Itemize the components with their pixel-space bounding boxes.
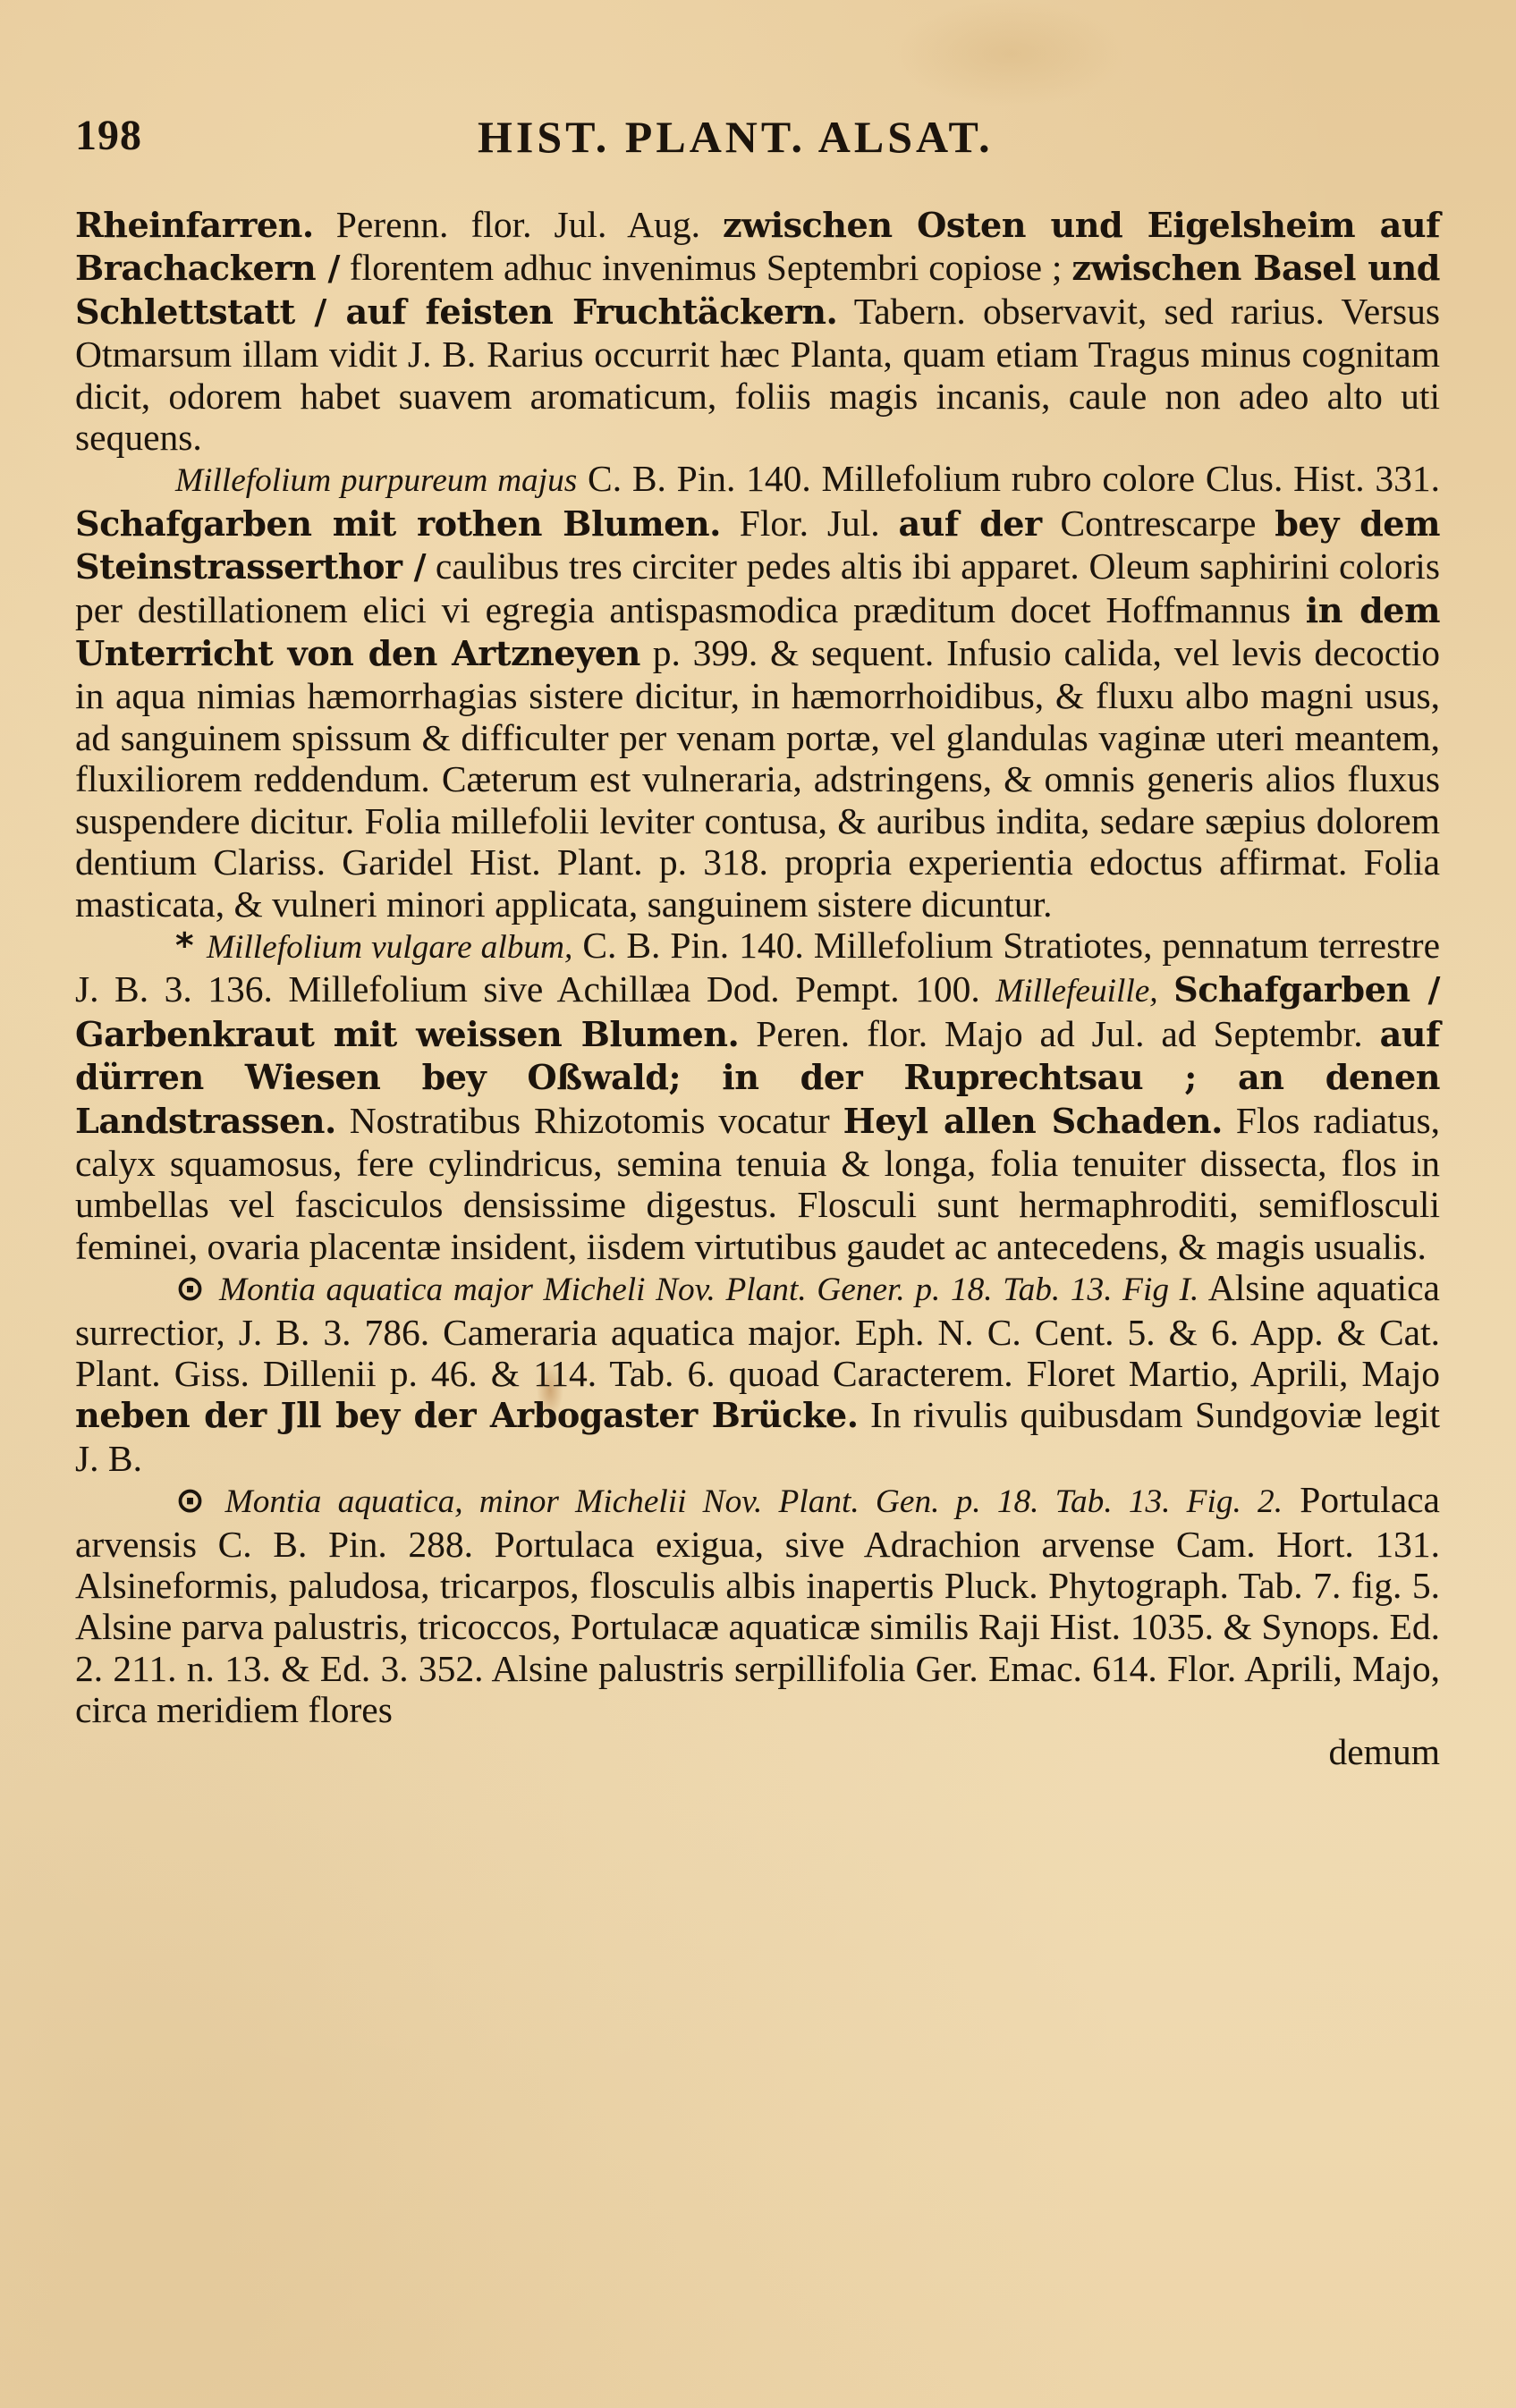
fraktur-text: neben der Jll bey der Arbogaster Brücke. <box>75 1396 859 1436</box>
paragraph-rheinfarren: Rheinfarren. Perenn. flor. Jul. Aug. zwi… <box>75 204 1440 458</box>
french-name: Millefeuille, <box>995 973 1157 1010</box>
catchword: demum <box>75 1731 1440 1772</box>
page-number: 198 <box>75 111 142 160</box>
fraktur-text: auf der <box>898 504 1041 545</box>
running-head: 198 HIST. PLANT. ALSAT. <box>75 107 1440 179</box>
annual-symbol-icon: ⊙ <box>175 1268 219 1309</box>
species-name: Millefolium vulgare album, <box>207 929 572 966</box>
latin-text: Peren. flor. Majo ad Jul. ad Septembr. <box>739 1013 1379 1054</box>
paragraph-millefolium-purpureum: Millefolium purpureum majus C. B. Pin. 1… <box>75 458 1440 924</box>
paragraph-millefolium-album: * Millefolium vulgare album, C. B. Pin. … <box>75 925 1440 1267</box>
fraktur-text: Schafgarben mit rothen Blumen. <box>75 504 721 545</box>
paper-stain <box>894 0 1127 107</box>
running-title: HIST. PLANT. ALSAT. <box>478 111 994 163</box>
body-text: Rheinfarren. Perenn. flor. Jul. Aug. zwi… <box>75 204 1440 1772</box>
latin-text: florentem adhuc invenimus Septembri copi… <box>340 247 1071 288</box>
fraktur-text: Heyl allen Schaden. <box>843 1102 1223 1142</box>
species-name: Millefolium purpureum majus <box>175 462 577 499</box>
asterisk-icon: * <box>175 925 207 967</box>
latin-text: C. B. Pin. 140. Millefolium rubro colore… <box>577 458 1440 499</box>
latin-text <box>1158 968 1174 1010</box>
species-name: Montia aquatica major Micheli Nov. Plant… <box>219 1272 1198 1308</box>
latin-text: Nostratibus Rhizotomis vocatur <box>336 1100 843 1141</box>
latin-text: Flor. Jul. <box>721 503 899 544</box>
paragraph-montia-minor: ⊙ Montia aquatica, minor Michelii Nov. P… <box>75 1479 1440 1730</box>
fraktur-text: Rheinfarren. <box>75 206 314 246</box>
latin-text: Perenn. flor. Jul. Aug. <box>314 204 723 245</box>
paragraph-montia-major: ⊙ Montia aquatica major Micheli Nov. Pla… <box>75 1267 1440 1479</box>
latin-text: p. 399. & sequent. Infusio calida, vel l… <box>75 632 1440 924</box>
species-name: Montia aquatica, minor Michelii Nov. Pla… <box>225 1483 1283 1520</box>
book-page: 198 HIST. PLANT. ALSAT. Rheinfarren. Per… <box>75 107 1440 1772</box>
annual-symbol-icon: ⊙ <box>175 1480 225 1521</box>
latin-text: Contrescarpe <box>1042 503 1275 544</box>
